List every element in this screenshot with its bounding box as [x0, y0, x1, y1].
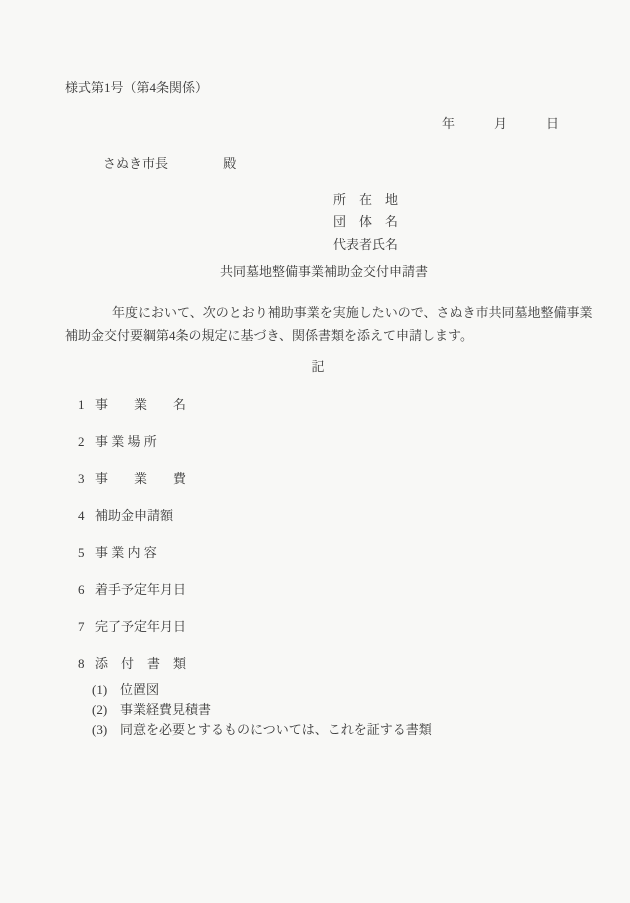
addressee-line: さぬき市長 殿	[103, 157, 236, 170]
item-number: 1	[78, 398, 85, 411]
item-number: 6	[78, 583, 85, 596]
item-label: 事 業 名	[95, 398, 186, 411]
item-number: 5	[78, 546, 85, 559]
document-title: 共同墓地整備事業補助金交付申請書	[0, 265, 630, 278]
item-label: 事 業 費	[95, 472, 186, 485]
attachment-label: 事業経費見積書	[120, 703, 211, 716]
applicant-representative-label: 代表者氏名	[333, 238, 398, 251]
item-number: 4	[78, 509, 85, 522]
attachment-label: 位置図	[120, 683, 159, 696]
item-label: 添 付 書 類	[95, 657, 186, 670]
item-number: 3	[78, 472, 85, 485]
item-number: 7	[78, 620, 85, 633]
attachment-number: (3)	[92, 723, 107, 736]
item-label: 着手予定年月日	[95, 583, 186, 596]
item-label: 事 業 内 容	[95, 546, 157, 559]
attachment-item-2: (2) 事業経費見積書	[0, 703, 630, 719]
item-number: 8	[78, 657, 85, 670]
item-label: 補助金申請額	[95, 509, 173, 522]
list-item-3: 3 事 業 費	[0, 472, 630, 488]
record-marker: 記	[0, 360, 630, 373]
date-line: 年 月 日	[442, 117, 559, 130]
list-item-5: 5 事 業 内 容	[0, 546, 630, 562]
item-number: 2	[78, 435, 85, 448]
item-label: 事 業 場 所	[95, 435, 157, 448]
attachment-item-1: (1) 位置図	[0, 683, 630, 699]
attachment-item-3: (3) 同意を必要とするものについては、これを証する書類	[0, 723, 630, 739]
body-paragraph-line-1: 年度において、次のとおり補助事業を実施したいので、さぬき市共同墓地整備事業	[112, 306, 592, 319]
list-item-4: 4 補助金申請額	[0, 509, 630, 525]
list-item-7: 7 完了予定年月日	[0, 620, 630, 636]
list-item-8: 8 添 付 書 類	[0, 657, 630, 673]
form-number: 様式第1号（第4条関係）	[65, 81, 208, 94]
list-item-1: 1 事 業 名	[0, 398, 630, 414]
applicant-organization-label: 団 体 名	[333, 215, 398, 228]
attachment-number: (1)	[92, 683, 107, 696]
body-paragraph-line-2: 補助金交付要綱第4条の規定に基づき、関係書類を添えて申請します。	[65, 329, 473, 342]
attachment-label: 同意を必要とするものについては、これを証する書類	[120, 723, 432, 736]
item-label: 完了予定年月日	[95, 620, 186, 633]
attachment-number: (2)	[92, 703, 107, 716]
list-item-6: 6 着手予定年月日	[0, 583, 630, 599]
document-page: 様式第1号（第4条関係） 年 月 日 さぬき市長 殿 所 在 地 団 体 名 代…	[0, 0, 630, 903]
applicant-address-label: 所 在 地	[333, 193, 398, 206]
list-item-2: 2 事 業 場 所	[0, 435, 630, 451]
